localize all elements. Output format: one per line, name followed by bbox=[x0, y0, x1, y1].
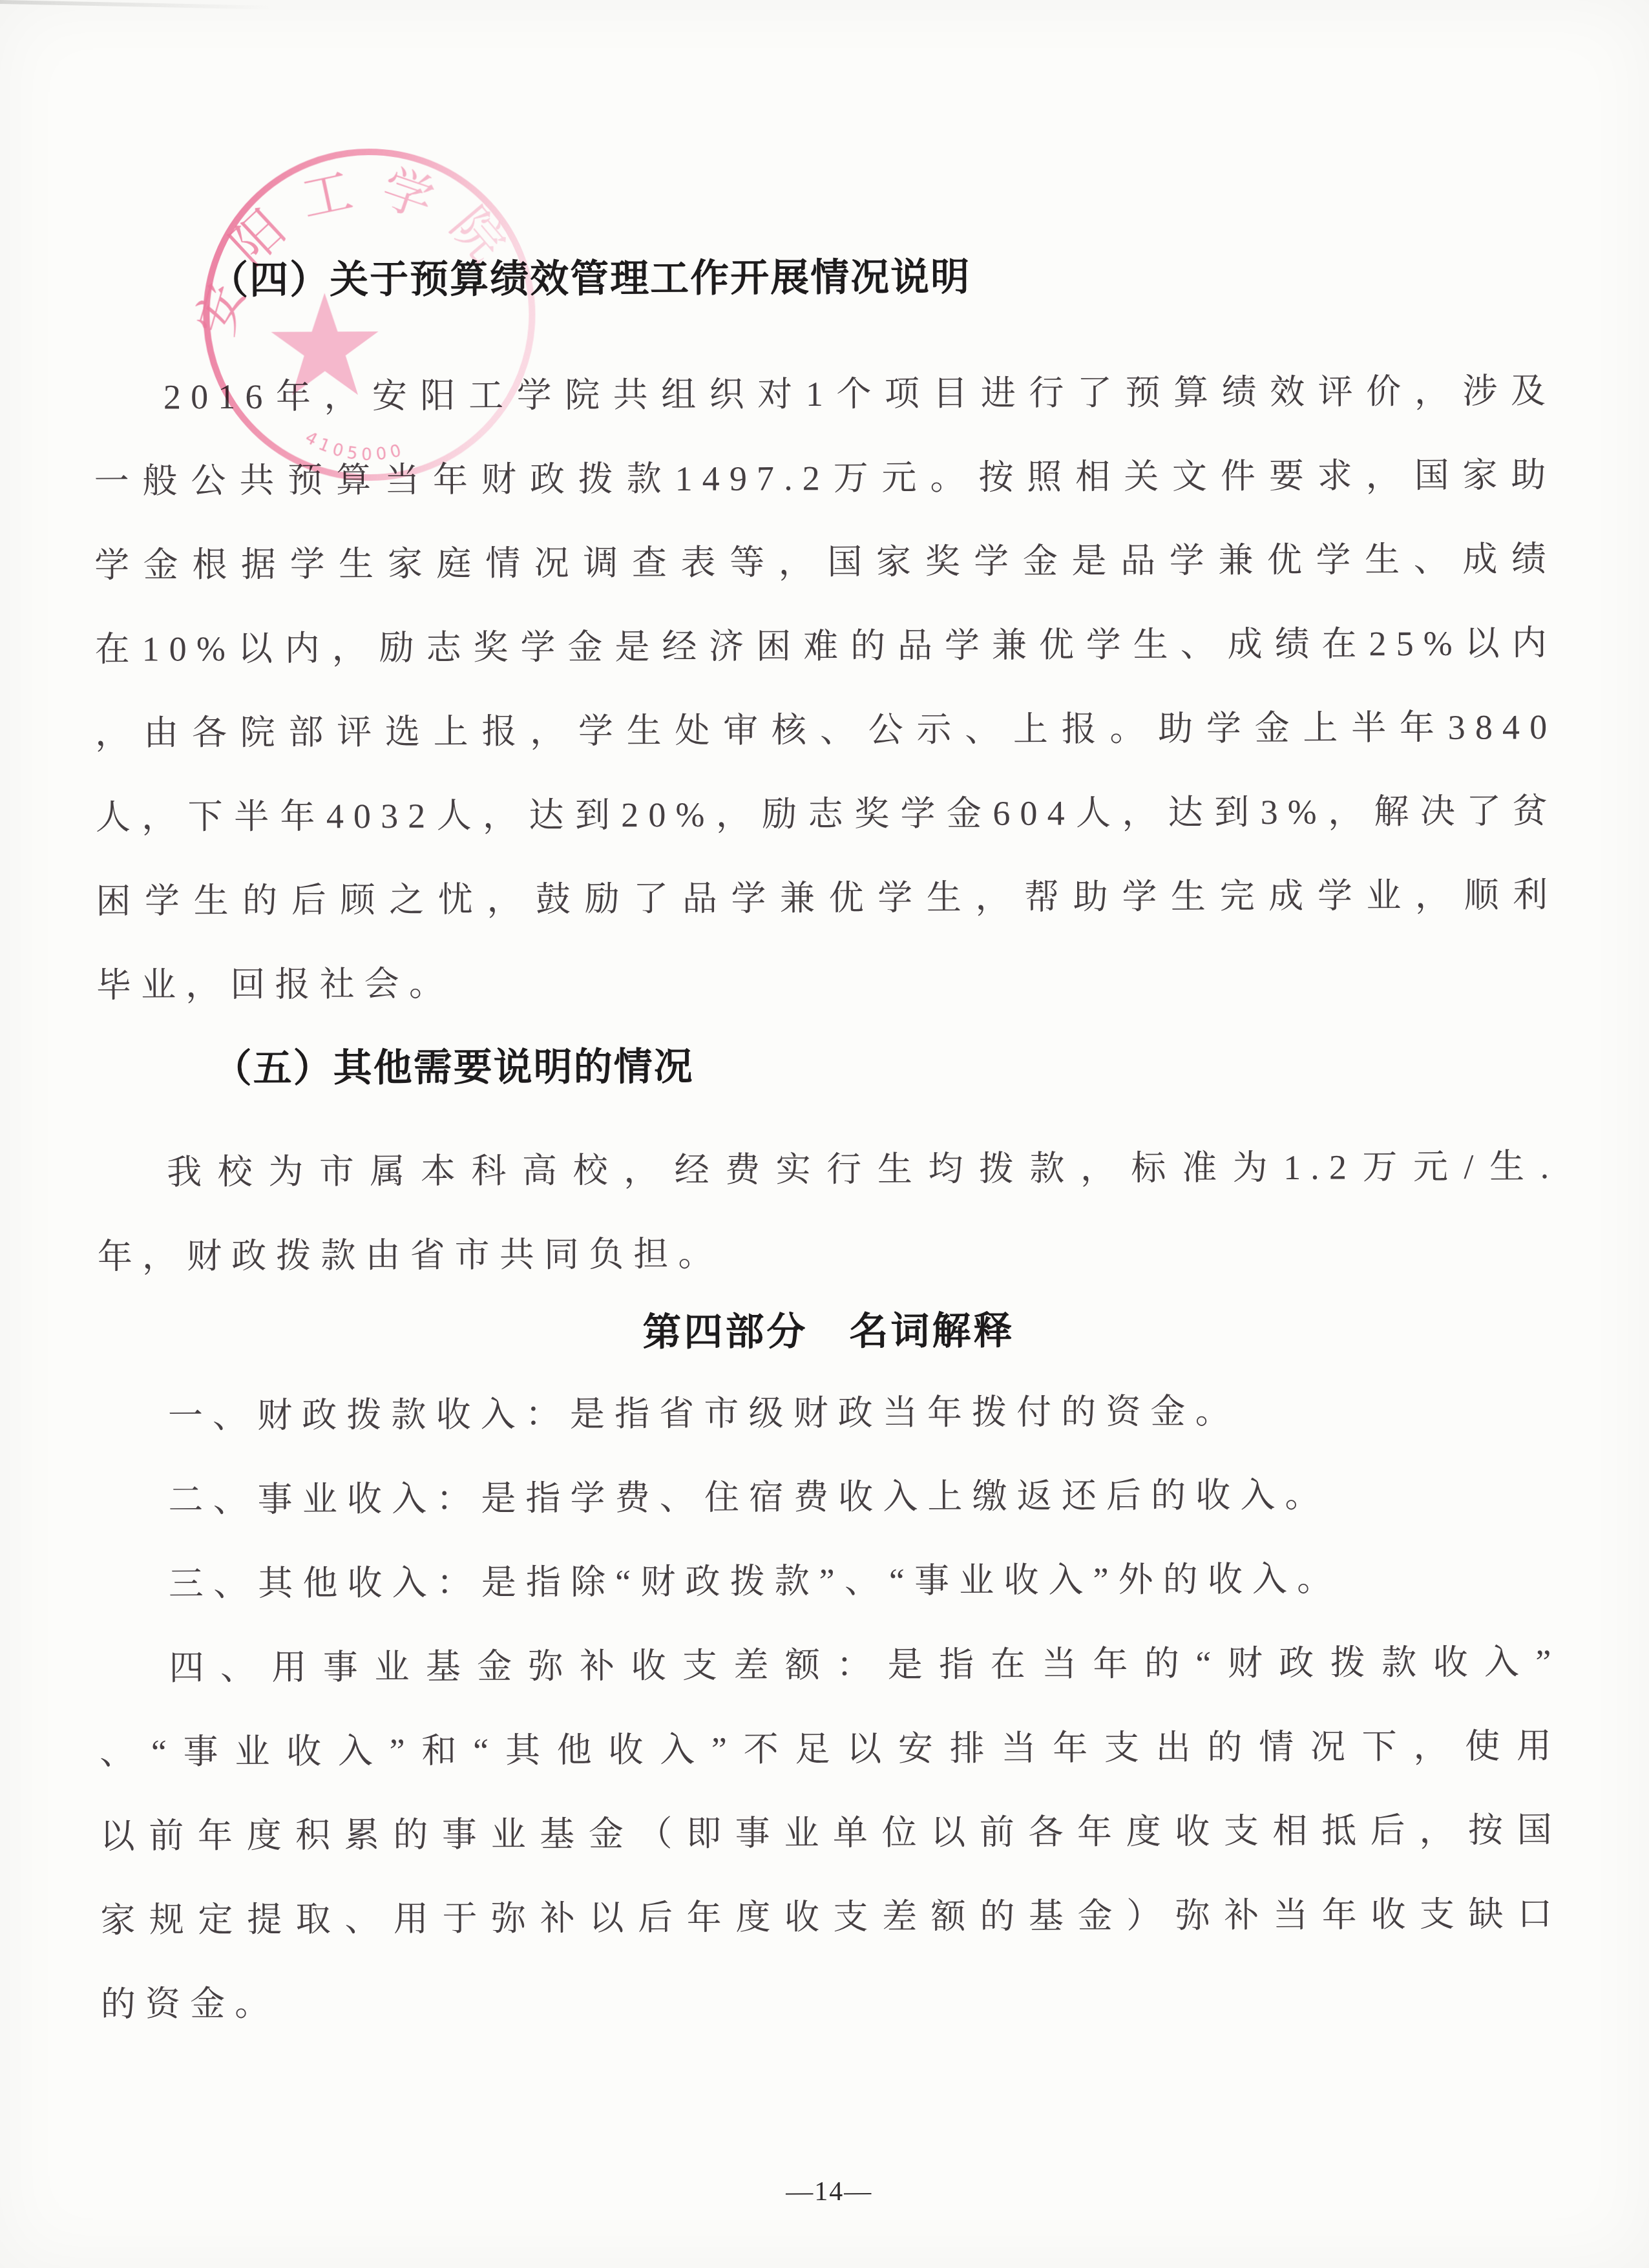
term-operating-income: 二、事业收入：是指学费、住宿费收入上缴返还后的收入。 bbox=[98, 1452, 1560, 1542]
text-line: ，由各院部评选上报，学生处审核、公示、上报。助学金上半年3840 bbox=[95, 685, 1557, 775]
text-line: 、“事业收入”和“其他收入”不足以安排当年支出的情况下，使用 bbox=[100, 1704, 1562, 1794]
text-line: 人，下半年4032人，达到20%，励志奖学金604人，达到3%，解决了贫 bbox=[96, 769, 1558, 859]
text-line: 年，财政拨款由省市共同负担。 bbox=[98, 1208, 1560, 1299]
text-line: 三、其他收入：是指除“财政拨款”、“事业收入”外的收入。 bbox=[99, 1536, 1561, 1626]
section-5-heading: （五）其他需要说明的情况 bbox=[213, 1042, 693, 1093]
text-line: 2016年，安阳工学院共组织对1个项目进行了预算绩效评价，涉及 bbox=[94, 349, 1556, 439]
section-5-paragraph: 我校为市属本科高校，经费实行生均拨款，标准为1.2万元/生.年，财政拨款由省市共… bbox=[97, 1124, 1559, 1299]
part-4-title: 第四部分 名词解释 bbox=[98, 1301, 1559, 1363]
seal-arc-text: 安阳工学院 bbox=[191, 156, 530, 342]
text-line: 学金根据学生家庭情况调查表等，国家奖学金是品学兼优学生、成绩 bbox=[94, 517, 1557, 607]
document-sheet: 安阳工学院 4105000 （四）关于预算绩效管理工作开展情况说明 2016年，… bbox=[0, 0, 1649, 2268]
text-line: 二、事业收入：是指学费、住宿费收入上缴返还后的收入。 bbox=[98, 1452, 1560, 1542]
page-number: —14— bbox=[5, 2172, 1649, 2210]
text-line: 一、财政拨款收入：是指省市级财政当年拨付的资金。 bbox=[98, 1368, 1560, 1458]
glossary-terms: 一、财政拨款收入：是指省市级财政当年拨付的资金。 二、事业收入：是指学费、住宿费… bbox=[98, 1368, 1563, 2046]
text-line: 毕业，回报社会。 bbox=[96, 937, 1559, 1027]
term-use-of-public-fund: 四、用事业基金弥补收支差额：是指在当年的“财政拨款收入”、“事业收入”和“其他收… bbox=[99, 1620, 1562, 2046]
text-line: 四、用事业基金弥补收支差额：是指在当年的“财政拨款收入” bbox=[99, 1620, 1561, 1710]
text-line: 困学生的后顾之忧，鼓励了品学兼优学生，帮助学生完成学业，顺利 bbox=[96, 853, 1558, 943]
section-4-paragraph: 2016年，安阳工学院共组织对1个项目进行了预算绩效评价，涉及一般公共预算当年财… bbox=[94, 349, 1559, 1027]
text-line: 以前年度积累的事业基金（即事业单位以前各年度收支相抵后，按国 bbox=[100, 1788, 1562, 1878]
section-4-heading: （四）关于预算绩效管理工作开展情况说明 bbox=[209, 253, 971, 305]
scanned-document-page: 安阳工学院 4105000 （四）关于预算绩效管理工作开展情况说明 2016年，… bbox=[0, 0, 1649, 2268]
text-line: 家规定提取、用于弥补以后年度收支差额的基金）弥补当年收支缺口 bbox=[100, 1872, 1562, 1962]
text-line: 一般公共预算当年财政拨款1497.2万元。按照相关文件要求，国家助 bbox=[94, 433, 1556, 523]
text-line: 的资金。 bbox=[101, 1956, 1563, 2046]
term-other-income: 三、其他收入：是指除“财政拨款”、“事业收入”外的收入。 bbox=[99, 1536, 1561, 1626]
text-line: 我校为市属本科高校，经费实行生均拨款，标准为1.2万元/生. bbox=[97, 1124, 1559, 1215]
text-line: 在10%以内，励志奖学金是经济困难的品学兼优学生、成绩在25%以内 bbox=[94, 601, 1557, 691]
term-fiscal-appropriation-income: 一、财政拨款收入：是指省市级财政当年拨付的资金。 bbox=[98, 1368, 1560, 1458]
